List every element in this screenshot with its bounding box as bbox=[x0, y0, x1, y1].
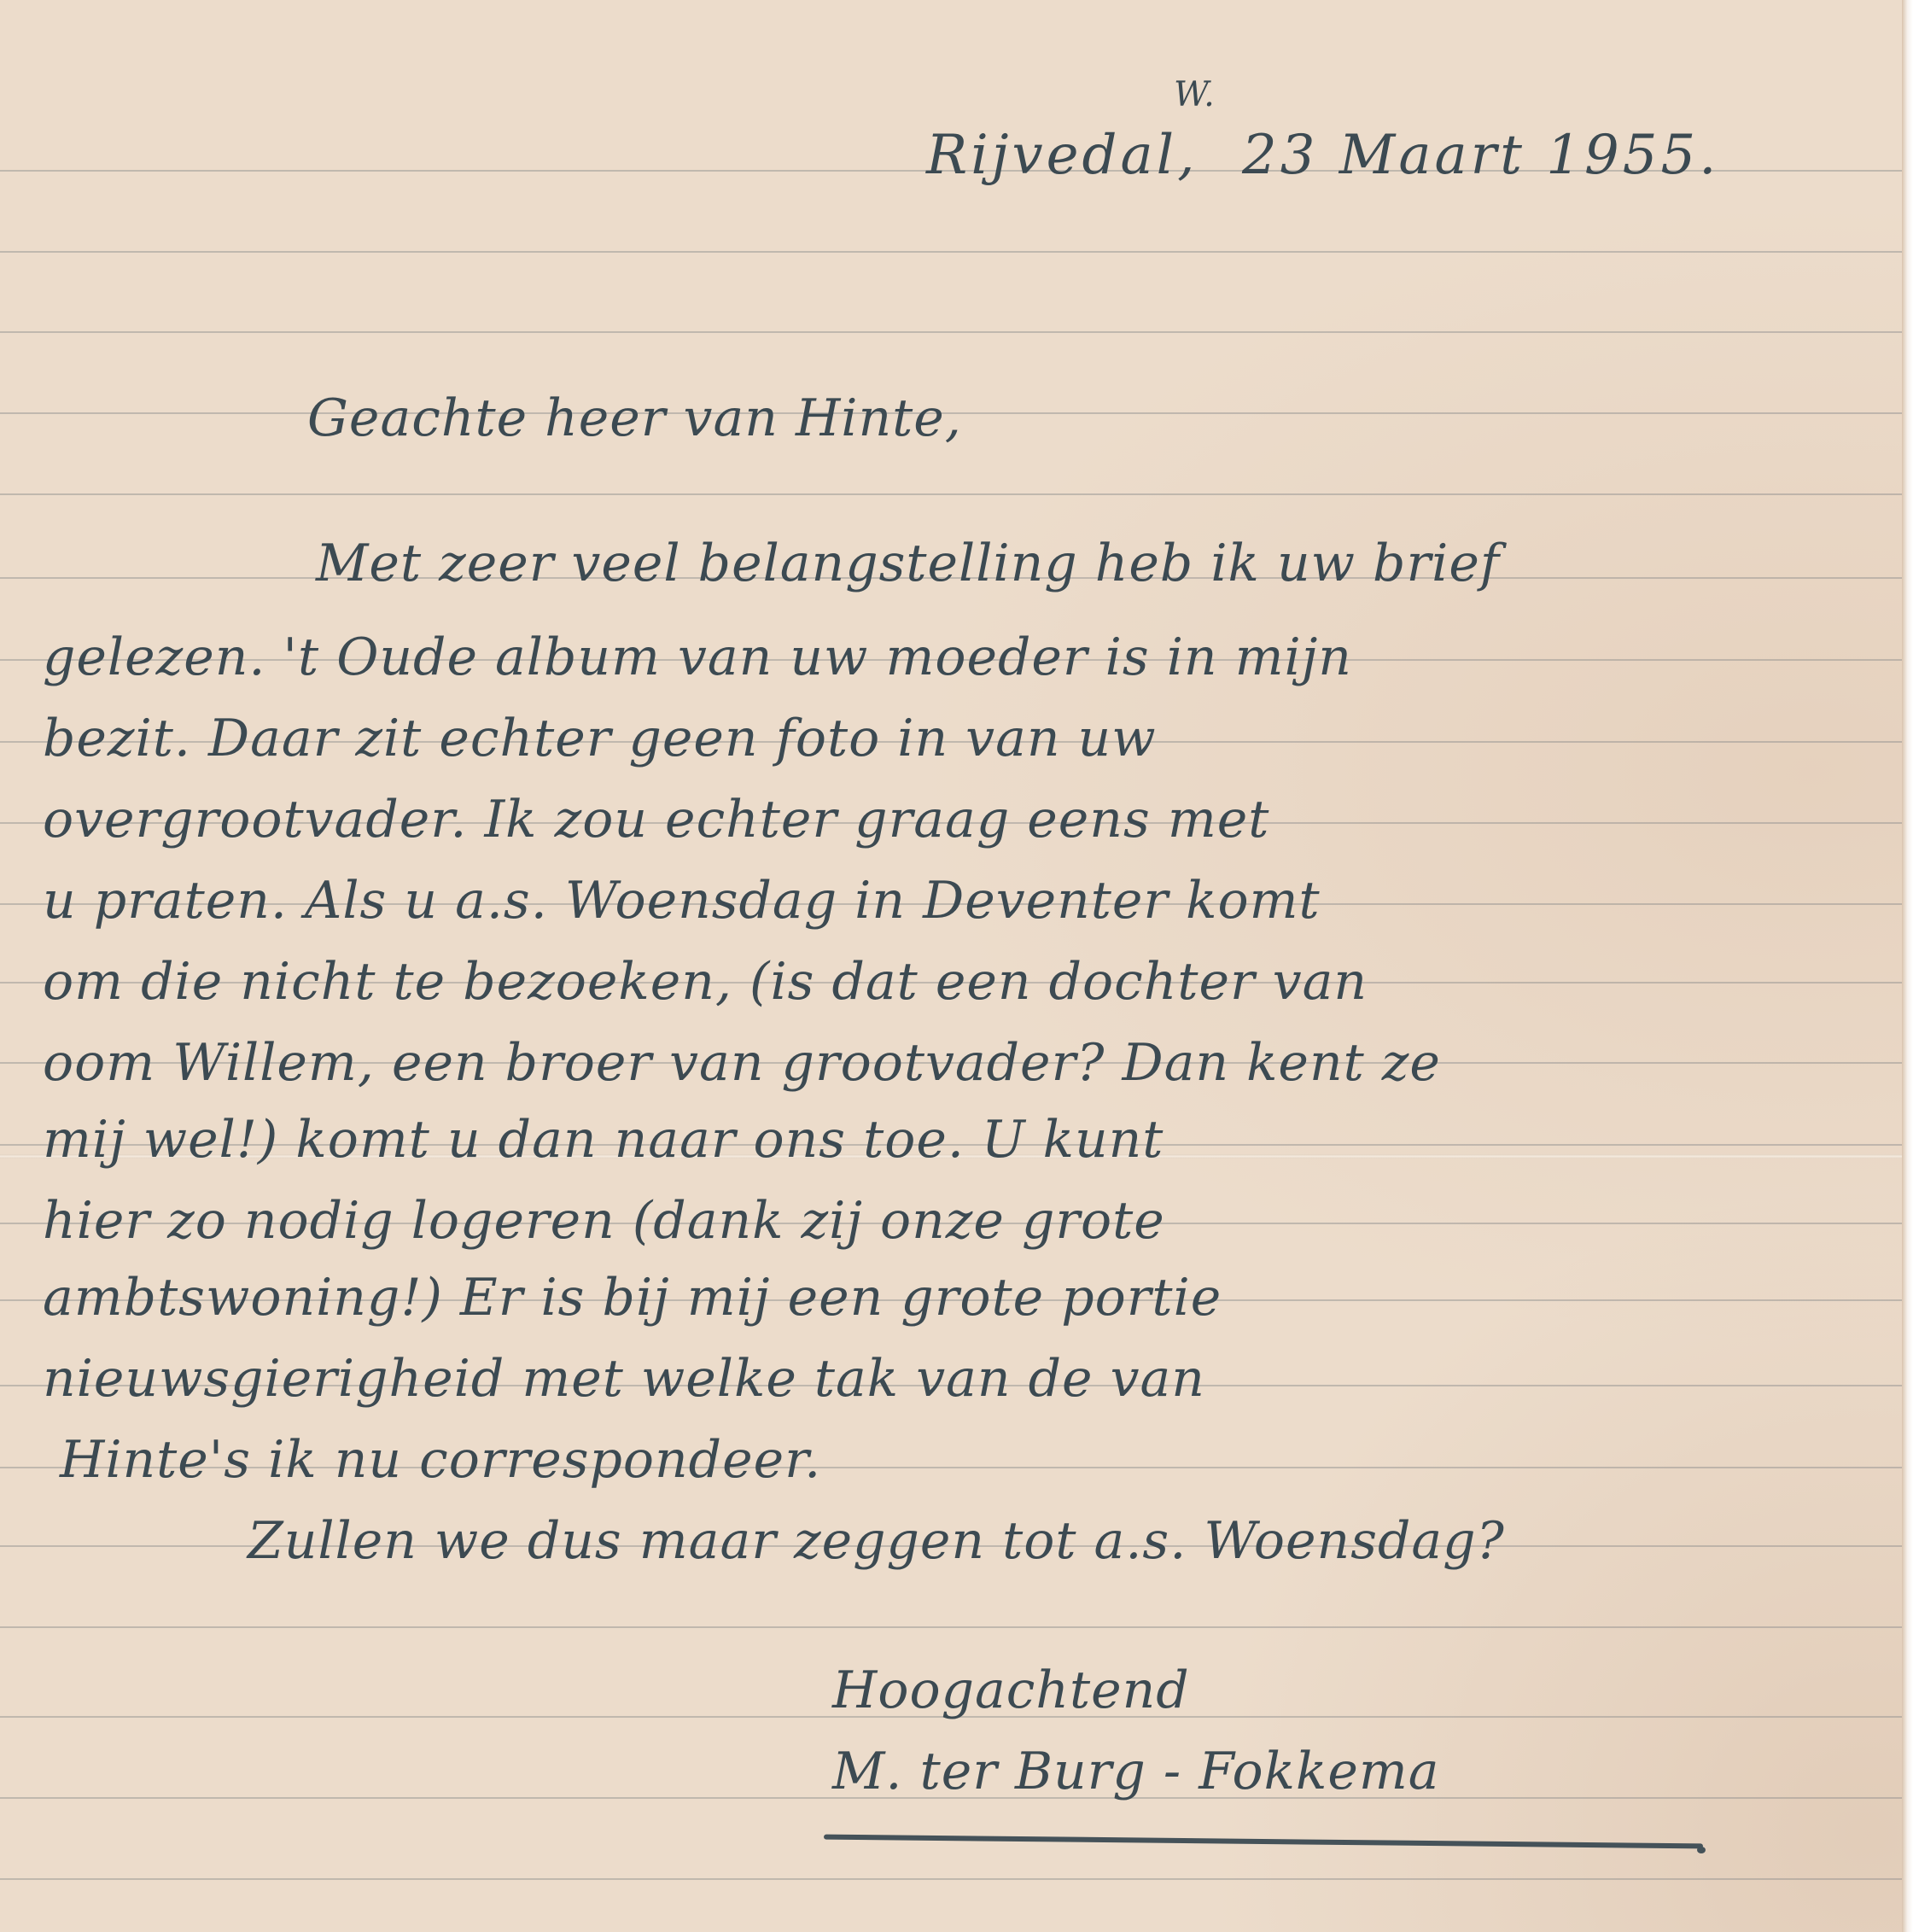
letter-place: Rijvedal, bbox=[926, 124, 1198, 187]
signature-dot bbox=[1697, 1847, 1706, 1853]
body-line: ambtswoning!) Er is bij mij een grote po… bbox=[43, 1268, 1222, 1328]
body-line: bezit. Daar zit echter geen foto in van … bbox=[43, 709, 1157, 768]
body-line: om die nicht te bezoeken, (is dat een do… bbox=[43, 952, 1368, 1012]
body-line: gelezen. 't Oude album van uw moeder is … bbox=[43, 627, 1352, 687]
body-line: Zullen we dus maar zeggen tot a.s. Woens… bbox=[248, 1511, 1505, 1571]
ruled-line bbox=[0, 1878, 1906, 1880]
body-line: Hinte's ik nu correspondeer. bbox=[60, 1430, 821, 1490]
body-line: u praten. Als u a.s. Woensdag in Devente… bbox=[43, 871, 1321, 931]
signature: M. ter Burg - Fokkema bbox=[832, 1742, 1440, 1801]
letter-paper: W. Rijvedal, 23 Maart 1955. Geachte heer… bbox=[0, 0, 1906, 1932]
body-line: mij wel!) komt u dan naar ons toe. U kun… bbox=[43, 1110, 1164, 1170]
body-line: hier zo nodig logeren (dank zij onze gro… bbox=[43, 1191, 1165, 1251]
paper-edge bbox=[1902, 0, 1913, 1932]
ruled-line bbox=[0, 493, 1906, 495]
body-line: nieuwsgierigheid met welke tak van de va… bbox=[43, 1349, 1205, 1409]
date-insertion-mark: W. bbox=[1174, 75, 1216, 114]
letter-date: 23 Maart 1955. bbox=[1242, 124, 1720, 187]
ruled-line bbox=[0, 1626, 1906, 1628]
ruled-line bbox=[0, 251, 1906, 253]
body-line: Met zeer veel belangstelling heb ik uw b… bbox=[316, 534, 1500, 593]
signature-underline bbox=[824, 1835, 1703, 1849]
salutation: Geachte heer van Hinte, bbox=[307, 388, 962, 448]
closing: Hoogachtend bbox=[832, 1661, 1190, 1720]
ruled-line bbox=[0, 331, 1906, 333]
body-line: oom Willem, een broer van grootvader? Da… bbox=[43, 1033, 1441, 1093]
body-line: overgrootvader. Ik zou echter graag eens… bbox=[43, 790, 1269, 849]
